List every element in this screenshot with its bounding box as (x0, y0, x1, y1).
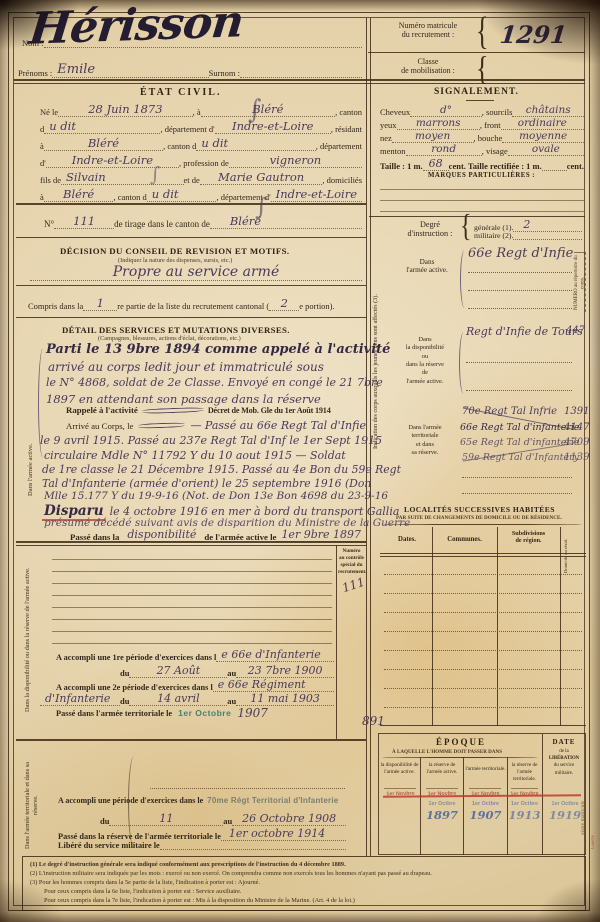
hw-passe-66: — Passé au 66e Regt Tal d'Infie (190, 419, 366, 432)
prenoms-label: Prénoms : (18, 68, 52, 78)
stamp-year-liberation: 1919 (545, 808, 585, 822)
print-segment: Compris dans la (28, 301, 83, 311)
hw-front: ordinaire (501, 117, 584, 130)
label-line: militaire. (543, 770, 585, 778)
numbox-line: spécial du (338, 562, 365, 569)
ruled-line (466, 362, 572, 363)
prenoms-row: Prénoms : Emile Surnom : (18, 62, 362, 78)
numbox-line: Numéro (338, 548, 365, 555)
hw-liste-partie: 1 (83, 296, 117, 311)
print-segment: cent. Taille rectifiée : 1 m. (449, 161, 542, 171)
hw-periode2-corps-2: d'Infanterie (40, 692, 120, 706)
print-segment: , sourcils (482, 107, 513, 117)
epoque-header-underline (384, 788, 416, 789)
hw-corps-dispo-num: 447 (566, 325, 585, 336)
localites-header-rule (380, 553, 586, 554)
services-title: DÉTAIL DES SERVICES ET MUTATIONS DIVERSE… (62, 325, 290, 335)
fill-line (542, 170, 567, 171)
footnote-1: (1) Le degré d'instruction générale sera… (30, 861, 582, 868)
localites-vline-1 (432, 527, 433, 726)
epoque-col2-header: la réserve de l'armée active. (422, 762, 462, 776)
epoque-vline-1 (420, 757, 421, 855)
print-segment: A accompli une période d'exercices dans … (58, 796, 203, 805)
epoque-header-underline (426, 788, 458, 789)
hw-residence: Bléré (44, 136, 163, 151)
corps-active-label: Dans l'armée active. (398, 258, 456, 274)
label-line: l'armée active. (394, 378, 456, 386)
hw-periode2-au: 11 mai 1903 (236, 692, 334, 706)
epoque-vline-2 (463, 757, 464, 855)
hw-date-disponibilite: 1er 9bre 1897 (276, 528, 366, 542)
label-line: Dans l'armée (394, 424, 456, 432)
print-segment: du (120, 668, 129, 678)
signalement-title: SIGNALEMENT. (434, 87, 519, 97)
etat-civil-line-6: à Bléré , canton d u dit , département d… (40, 187, 362, 202)
signalement-title-rule (466, 100, 494, 101)
instruction-label-line2: d'instruction : (400, 229, 460, 238)
footnote-5: Pour ceux compris dans la 7e liste, l'in… (44, 897, 582, 904)
hw-visage: ovale (508, 143, 584, 156)
rappele-label: Rappelé à l'activité (66, 405, 138, 415)
marques-title: MARQUES PARTICULIÈRES : (428, 172, 535, 179)
corps-dispo-label: Dans la disponibilité ou dans la réserve… (394, 336, 456, 386)
services-hw-line: Mlle 15.177 Y du 19-9-16 (Not. de Don 13… (44, 490, 388, 502)
print-segment: au (227, 668, 236, 678)
services-hw-line: 1897 en attendant son passage dans la ré… (46, 392, 321, 406)
periode1-row: A accompli une 1re période d'exercices d… (56, 648, 334, 662)
print-segment: Cheveux (380, 107, 410, 117)
hw-corps-terr-entry: 65e Regt Tal d'infanterie (460, 437, 580, 448)
services-hw-line: arrivé au corps ledit jour et immatricul… (48, 360, 324, 374)
etat-civil-line-2: d u dit , département d' Indre-et-Loire … (40, 119, 362, 134)
ruled-line (52, 571, 332, 572)
ink-flourish: ∫ (150, 162, 160, 186)
table-row-line (384, 631, 582, 632)
ink-flourish: ∫ (255, 193, 268, 221)
label-line: DATE (543, 737, 585, 748)
rappele-row: Rappelé à l'activité Décret de Mob. Gle … (66, 405, 366, 415)
etat-civil-line-3: à Bléré , canton d u dit , département (40, 136, 362, 151)
fill-line (240, 77, 362, 78)
hw-disponibilite: disponibilité (119, 528, 204, 542)
localites-bottom-rule (380, 725, 586, 726)
print-segment: Passé dans l'armée territoriale le (56, 709, 172, 718)
footnote-2: (2) L'instruction militaire sera indiqué… (30, 870, 582, 877)
periode1-dates-row: du 27 Août au 23 7bre 1900 (120, 664, 334, 678)
numero-controle-box: Numéro au contrôle spécial du recrutemen… (338, 548, 365, 576)
hw-periode1-corps: e 66e d'Infanterie (216, 648, 334, 662)
label-line: Dans (394, 336, 456, 344)
stamp-year-territoriale: 1907 (465, 808, 506, 822)
instruction-label-line1: Degré (400, 220, 460, 229)
passe-disponibilite-row: Passé dans la disponibilité de l'armée a… (70, 528, 366, 542)
label-line: la disponibilité (394, 344, 456, 352)
blue-stamp-octobre: 1er Octbre (508, 801, 541, 807)
hw-birthplace: Bléré (201, 102, 335, 117)
print-segment: Libéré du service militaire le (58, 841, 160, 850)
taille-row: Taille : 1 m. 68 cent. Taille rectifiée … (380, 157, 584, 171)
hw-degre-instruction: 2 (513, 218, 582, 232)
classe-label: Classe de mobilisation : (382, 57, 474, 75)
hw-nez: moyen (392, 130, 474, 143)
epoque-col3-header: l'armée territoriale. (465, 766, 506, 773)
print-segment: militaire (2). (474, 231, 513, 240)
hw-brace-curve (459, 332, 468, 394)
services-hw-line: Parti le 13 9bre 1894 comme appelé à l'a… (46, 342, 390, 357)
print-segment: , département (316, 141, 362, 151)
passe-territoriale-row: Passé dans l'armée territoriale le 1er O… (56, 706, 334, 720)
passe-reserve-terr-row: Passé dans la réserve de l'armée territo… (58, 827, 346, 841)
label-line: Dans (398, 258, 456, 266)
stamp-year-reserve-territoriale: 1913 (508, 808, 541, 822)
hw-taille: 68 (423, 157, 449, 171)
label-line: et dans (394, 441, 456, 449)
localites-vline-2 (497, 527, 498, 726)
table-row-line (384, 707, 582, 708)
fill-line (513, 239, 582, 240)
print-segment: , bouche (474, 133, 503, 143)
ruled-line (462, 477, 572, 478)
hw-corps-terr-num: 1139 (564, 452, 589, 463)
ruled-line (52, 559, 332, 560)
hw-father: Silvain (61, 170, 184, 185)
fill-line (160, 849, 346, 850)
hw-date-reserve-terr: 1er octobre 1914 (221, 827, 346, 841)
epoque-title-rule (382, 757, 538, 758)
print-segment: , résidant (331, 124, 362, 134)
epoque-col4-header: la réserve de l'armée territoriale. (508, 762, 541, 783)
matricule-label: Numéro matricule du recrutement : (382, 21, 474, 39)
print-segment: Passé dans la réserve de l'armée territo… (58, 832, 221, 841)
hw-canton-2: u dit (196, 136, 315, 151)
section-rule-heavy (16, 739, 366, 741)
ruled-line (52, 607, 332, 608)
instruction-label: Degré d'instruction : (400, 220, 460, 238)
print-segment: nez (380, 133, 392, 143)
territoriale-vertical-label: Dans l'armée territoriale et dans sa rés… (24, 758, 46, 853)
blue-stamp-octobre: 1er Octbre (545, 801, 585, 807)
label-line: ou (394, 353, 456, 361)
epoque-subtitle: À LAQUELLE L'HOMME DOIT PASSER DANS (392, 749, 502, 755)
compris-row: Compris dans la 1 re partie de la liste … (28, 296, 362, 311)
print-segment: menton (380, 146, 406, 156)
hw-891-annotation: 891 (362, 714, 385, 728)
date-liberation-header: DATE de la LIBÉRATION du service militai… (543, 737, 585, 777)
arrive-label: Arrivé au Corps, le (66, 421, 133, 431)
ruled-line (52, 619, 332, 620)
epoque-title: ÉPOQUE (436, 737, 486, 747)
matricule-label-line1: Numéro matricule (382, 21, 474, 30)
print-segment: A accompli une 2e période d'exercices da… (56, 683, 213, 692)
print-segment: du (100, 816, 109, 826)
armee-active-vertical-label: Dans l'armée active. (27, 410, 39, 530)
hw-cheveux: d° (410, 104, 482, 117)
label-line: dans la réserve (394, 361, 456, 369)
label-line: sa réserve. (394, 449, 456, 457)
epoque-header-underline (511, 788, 538, 789)
hw-portion: 2 (269, 296, 299, 311)
decision-title: DÉCISION DU CONSEIL DE REVISION ET MOTIF… (60, 246, 290, 256)
section-rule (16, 285, 366, 286)
edge-vertical-text: gistre matricule (580, 778, 589, 858)
section-rule-heavy (16, 541, 366, 543)
ruled-line (52, 631, 332, 632)
hw-periode1-au: 23 7bre 1900 (236, 664, 334, 678)
matricule-label-line2: du recrutement : (382, 30, 474, 39)
label-line: de (394, 369, 456, 377)
decision-subtitle: (Indiquer la nature des dispenses, sursi… (118, 257, 232, 264)
services-hw-line: le N° 4868, soldat de 2e Classe. Envoyé … (46, 376, 383, 389)
etat-civil-line-1: Né le 28 Juin 1873 , à Bléré , canton (40, 102, 362, 117)
print-segment: , canton d (113, 192, 146, 202)
numbox-line: au contrôle (338, 555, 365, 562)
numero-repertoire-vertical-label: NUMÉRO au répertoire du corps. (574, 252, 586, 312)
services-hw-line: circulaire Mdle N° 11792 Y du 10 aout 19… (44, 449, 346, 462)
decision-value-row: Propre au service armé (30, 264, 362, 281)
surnom-label: Surnom : (209, 68, 240, 78)
print-segment: , domiciliés (322, 175, 362, 185)
print-segment: , profession de (179, 158, 229, 168)
print-segment: Né le (40, 107, 58, 117)
ruled-line (150, 788, 345, 789)
ruled-line (380, 200, 584, 201)
header-bottom-rule-2 (14, 83, 585, 84)
services-hw-line: le 9 avril 1915. Passé au 237e Regt Tal … (40, 434, 382, 447)
print-segment: , canton d (163, 141, 196, 151)
print-segment: e portion). (299, 301, 334, 311)
footnote-3: (3) Pour les hommes compris dans la 5e p… (30, 879, 582, 886)
etat-civil-line-5: fils de Silvain et de Marie Gautron , do… (40, 170, 362, 185)
header-bottom-rule (14, 79, 585, 81)
matricule-value: 1291 (498, 20, 568, 49)
print-segment: du (120, 696, 129, 706)
hw-corps-active: 66e Regt d'Infie (468, 246, 573, 261)
print-segment: , visage (482, 146, 508, 156)
print-segment: , à (193, 107, 201, 117)
prenoms-value: Emile (52, 62, 208, 78)
services-hw-line: Tal d'Infanterie (armée d'orient) le 25 … (42, 477, 371, 490)
hw-sourcils: châtains (512, 104, 584, 117)
matricule-brace: { (476, 10, 488, 55)
print-segment: re partie de la liste du recrutement can… (117, 301, 269, 311)
ruled-line (468, 290, 572, 291)
localites-title: LOCALITÉS SUCCESSIVES HABITÉES (404, 505, 555, 514)
struck-out-scribble (138, 422, 185, 429)
instruction-generale-row: générale (1). 2 (474, 218, 582, 232)
instruction-brace: { (460, 210, 472, 245)
hw-canton-3: u dit (147, 187, 217, 202)
hw-terr-du: 11 (109, 812, 223, 826)
corps-terr-label: Dans l'armée territoriale et dans sa rés… (394, 424, 456, 457)
print-segment: de tirage dans le canton de (114, 219, 210, 229)
nez-row: nez moyen , bouche moyenne (380, 130, 584, 143)
hw-1907: 1907 (237, 706, 268, 720)
label-line: l'armée active. (398, 266, 456, 274)
instruction-militaire-row: militaire (2). (474, 231, 582, 240)
hw-periode2-corps: e 66e Régiment (213, 678, 334, 692)
hw-profession: vigneron (229, 153, 362, 168)
numbox-border (336, 545, 337, 739)
etat-civil-title: ÉTAT CIVIL. (140, 87, 221, 98)
localites-col2-header: Communes. (434, 536, 495, 543)
hw-bouche: moyenne (502, 130, 584, 143)
ruled-line (380, 189, 584, 190)
arrive-row: Arrivé au Corps, le — Passé au 66e Regt … (66, 419, 366, 432)
hw-tirage-number: 111 (54, 214, 114, 229)
ink-flourish: ∫ (248, 95, 262, 125)
print-segment: fils de (40, 175, 61, 185)
print-segment: et de (184, 175, 200, 185)
table-row-line (384, 612, 582, 613)
epoque-header-underline (469, 788, 501, 789)
nom-value-handwriting: Hérisson (27, 0, 246, 55)
hw-decision: Propre au service armé (30, 264, 362, 281)
hw-yeux: marrons (397, 117, 480, 130)
hw-canton: u dit (44, 119, 160, 134)
etat-civil-line-4: d' Indre-et-Loire , profession de vigner… (40, 153, 362, 168)
table-row-line (384, 688, 582, 689)
classe-label-line1: Classe (382, 57, 474, 66)
yeux-row: yeux marrons , front ordinaire (380, 117, 584, 130)
hw-menton: rond (406, 143, 482, 156)
hw-domicile: Bléré (44, 187, 114, 202)
hw-periode2-du: 14 avril (129, 692, 227, 706)
label-line: Subdivisions (499, 530, 558, 537)
struck-out-scribble (142, 406, 204, 413)
print-segment: yeux (380, 120, 397, 130)
epoque-col1-header: la disponibilité de l'armée active. (380, 762, 419, 776)
services-hw-line: de 1re classe le 21 Décembre 1915. Passé… (42, 463, 401, 476)
libere-row: Libéré du service militaire le (58, 841, 346, 850)
table-row-line (384, 650, 582, 651)
ruled-line (52, 595, 332, 596)
localites-header-rule-2 (380, 556, 586, 557)
table-row-line (384, 593, 582, 594)
ruled-line (52, 583, 332, 584)
label-line: de région. (499, 537, 558, 544)
section-rule (16, 237, 366, 238)
table-row-line (384, 574, 582, 575)
cheveux-row: Cheveux d° , sourcils châtains (380, 104, 584, 117)
print-segment: cent. (567, 161, 584, 171)
print-segment: au (227, 696, 236, 706)
label-line: du service (543, 762, 585, 770)
tirage-row: N° 111 de tirage dans le canton de Bléré (44, 214, 362, 229)
section-rule (16, 317, 366, 318)
blue-stamp-octobre: 1er Octbre (465, 801, 506, 807)
terr-dates-row: du 11 au 26 Octobre 1908 (100, 812, 346, 826)
print-segment: , front (480, 120, 501, 130)
localites-subtitle: PAR SUITE DE CHANGEMENTS DE DOMICILE OU … (396, 515, 562, 521)
classe-label-line2: de mobilisation : (382, 66, 474, 75)
hw-tirage-canton: Bléré (210, 214, 362, 229)
hw-mother: Marie Gautron (200, 170, 323, 185)
section-rule (16, 203, 366, 205)
label-line: LIBÉRATION (543, 755, 585, 762)
ruled-line (466, 390, 572, 391)
stamp-year-reserve-active: 1897 (422, 808, 462, 822)
stamp-70e-regiment: 70me Régt Territorial d'Infanterie (207, 796, 338, 805)
print-segment: au (223, 816, 232, 826)
section-rule-heavy-2 (16, 545, 366, 546)
ruled-line (468, 272, 572, 273)
print-segment: N° (44, 219, 54, 229)
label-line: de la (543, 748, 585, 756)
registre-matricule-page: Nom : Hérisson Prénoms : Emile Surnom : … (0, 0, 600, 922)
print-segment: , département d' (160, 124, 214, 134)
edge-red-vertical-text: Guerre (591, 820, 598, 865)
services-subtitle: (Campagnes, blessures, actions d'éclat, … (98, 335, 241, 342)
hw-birthdate: 28 Juin 1873 (58, 102, 192, 117)
label-line: territoriale (394, 432, 456, 440)
hw-corps-terr-num: 4709 (564, 437, 589, 448)
periode2-row: A accompli une 2e période d'exercices da… (56, 678, 334, 692)
ruled-line (462, 493, 572, 494)
print-segment: Taille : 1 m. (380, 161, 423, 171)
hw-periode1-du: 27 Août (129, 664, 227, 678)
print-segment: , canton (335, 107, 362, 117)
terr-periode-row: A accompli une période d'exercices dans … (58, 796, 346, 805)
hw-departement-3: Indre-et-Loire (271, 187, 362, 202)
blue-stamp-octobre: 1er Octbre (422, 801, 462, 807)
localites-col3-header: Subdivisions de région. (499, 530, 558, 544)
print-segment: A accompli une 1re période d'exercices d… (56, 653, 216, 662)
localites-col1-header: Dates. (382, 536, 432, 543)
ruled-line (380, 211, 584, 212)
table-row-line (384, 669, 582, 670)
decret-mobilisation: Décret de Mob. Gle du 1er Août 1914 (208, 406, 331, 415)
periode2-dates-row: d'Infanterie du 14 avril au 11 mai 1903 (40, 692, 334, 706)
localites-vline-3 (560, 527, 561, 726)
hw-terr-au: 26 Octobre 1908 (232, 812, 346, 826)
corps-vertical-left-label: Indication des corps auxquels les jeunes… (372, 252, 385, 492)
hw-departement: Indre-et-Loire (215, 119, 331, 134)
hw-corps-terr-num: 1391 (564, 406, 589, 417)
ruled-line (52, 643, 332, 644)
ruled-line (468, 308, 572, 309)
menton-row: menton rond , visage ovale (380, 143, 584, 156)
stamp-1er-octobre: 1er Octobre (178, 708, 231, 718)
footnote-4: Pour ceux compris dans la 6e liste, l'in… (44, 888, 582, 895)
